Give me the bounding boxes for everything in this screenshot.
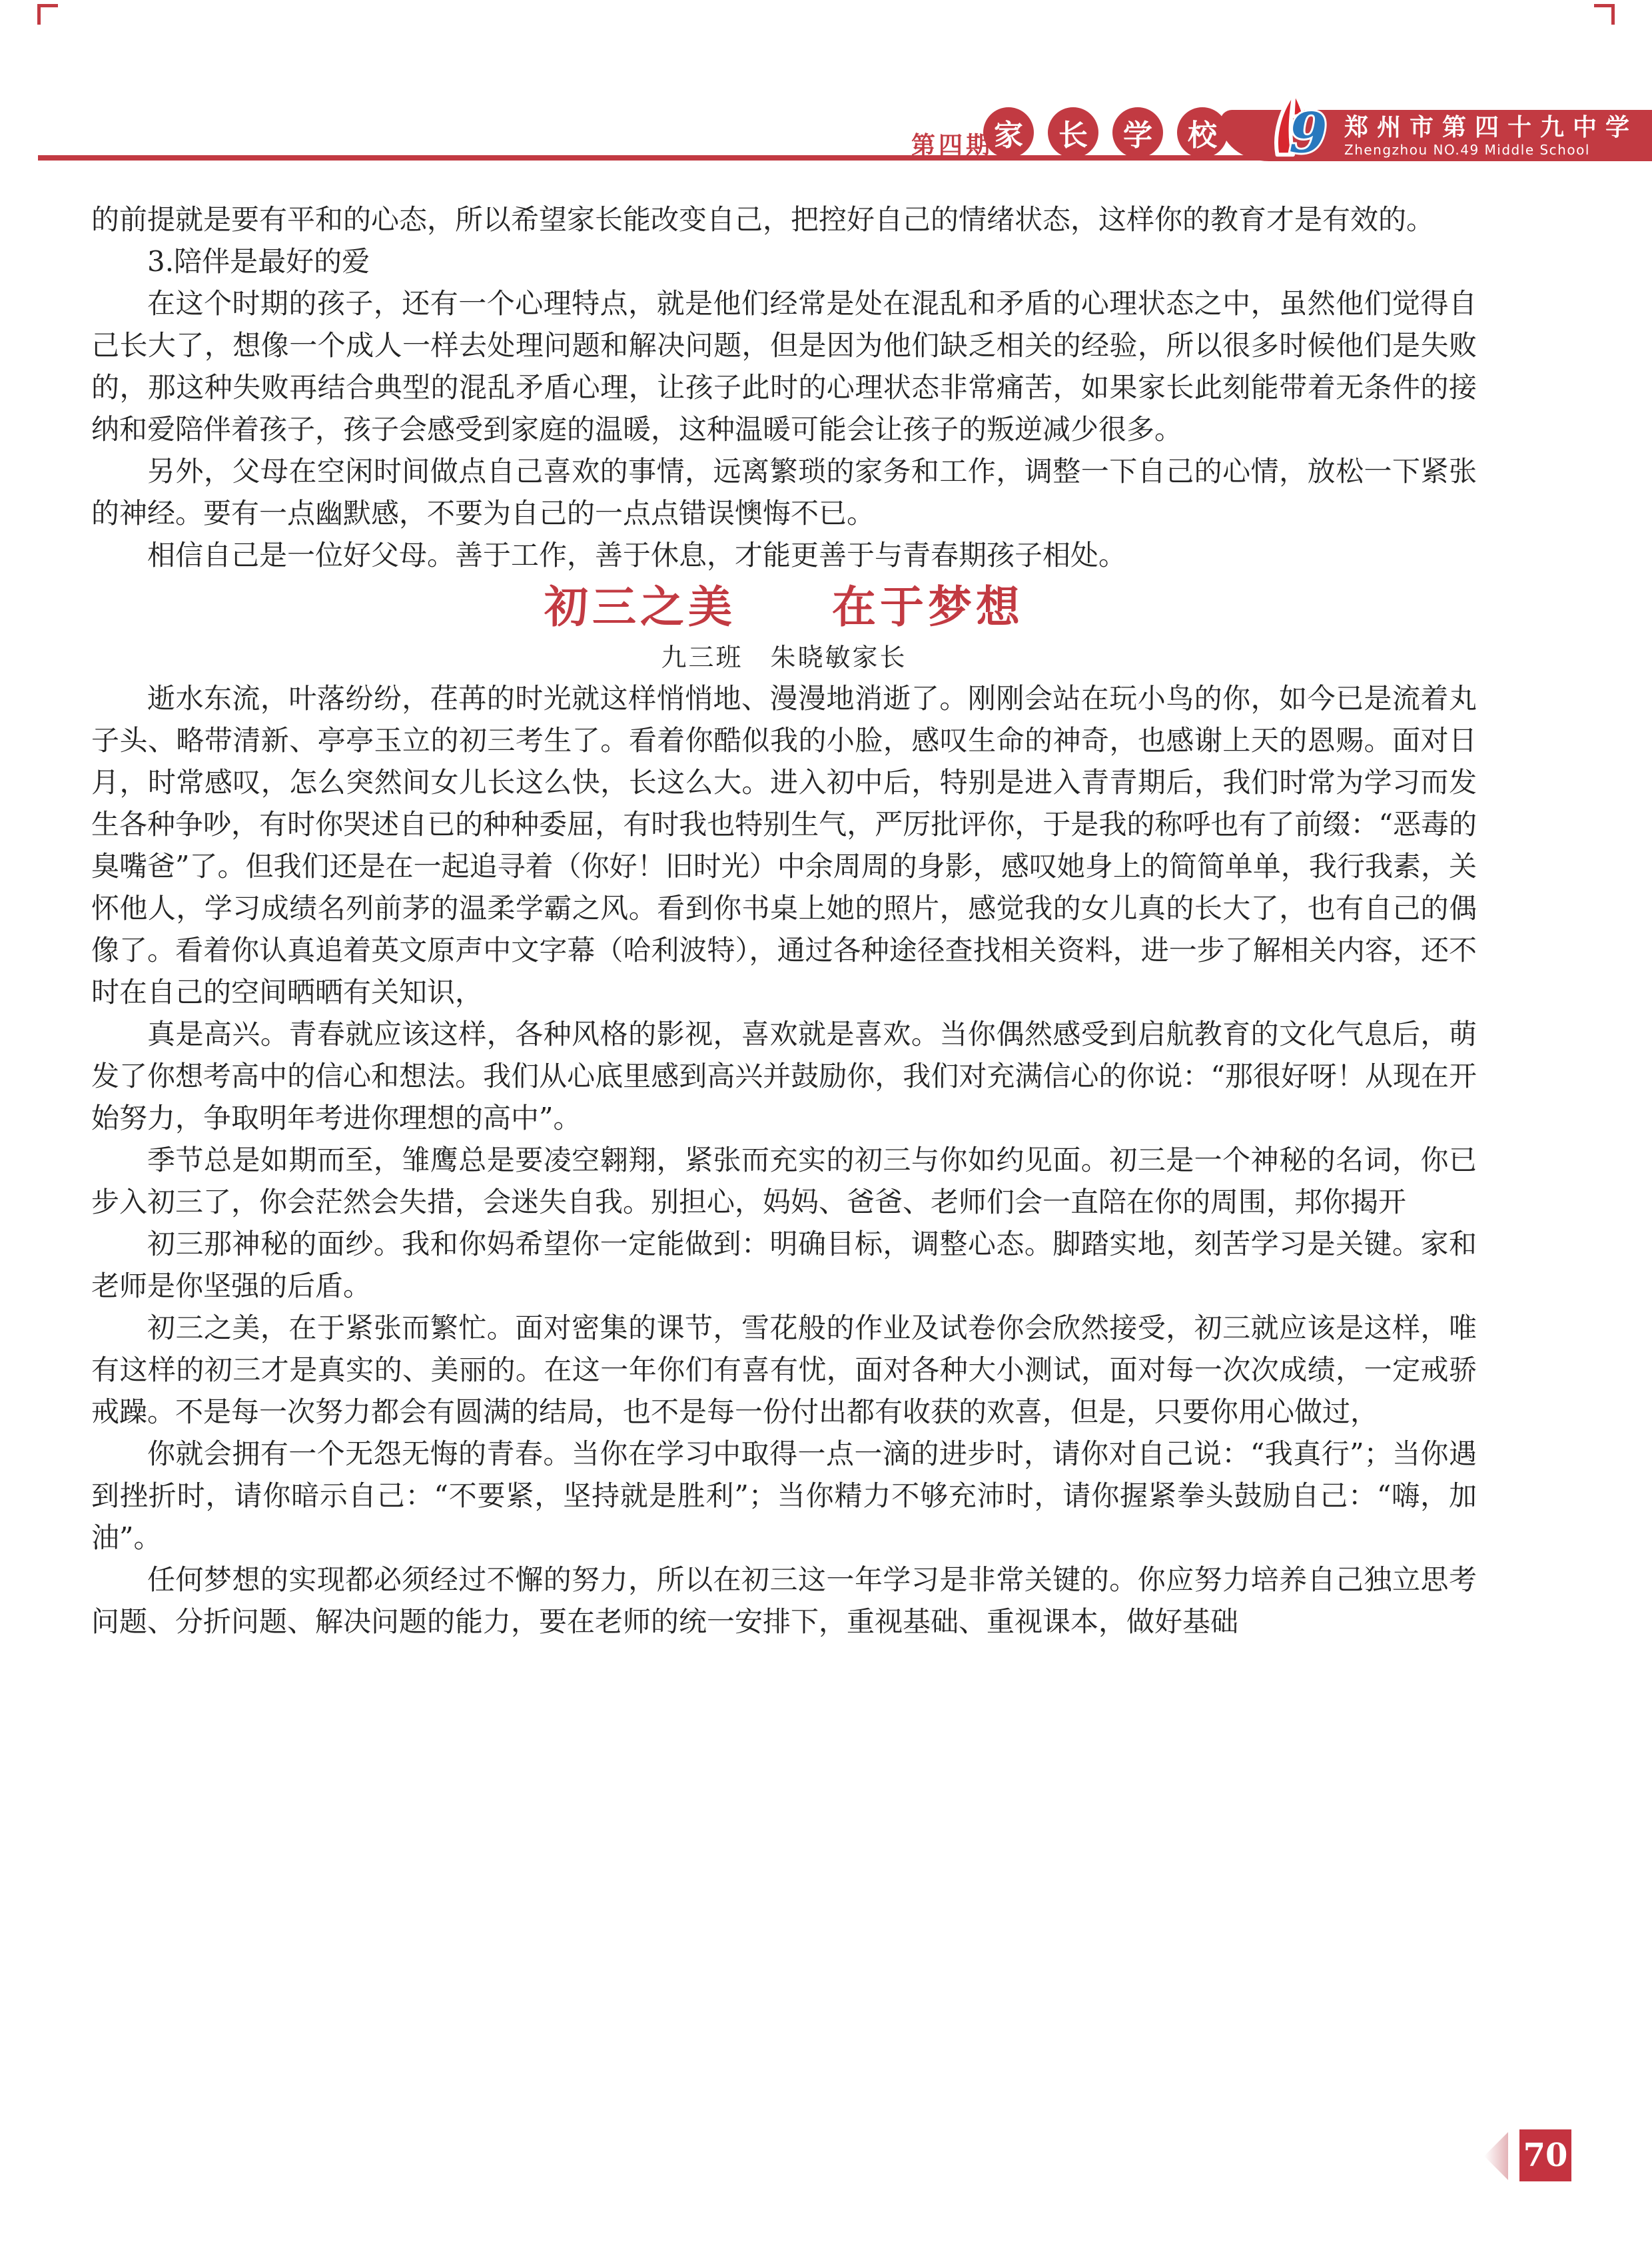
masthead-badge-jia: 家 (983, 107, 1034, 158)
prev-article-paragraph: 在这个时期的孩子，还有一个心理特点，就是他们经常是处在混乱和矛盾的心理状态之中，… (91, 282, 1477, 450)
article-paragraph: 任何梦想的实现都必须经过不懈的努力，所以在初三这一年学习是非常关键的。你应努力培… (91, 1559, 1477, 1643)
article-paragraph: 你就会拥有一个无怨无悔的青春。当你在学习中取得一点一滴的进步时，请你对自己说：“… (91, 1433, 1477, 1559)
article-paragraph: 逝水东流，叶落纷纷，荏苒的时光就这样悄悄地、漫漫地消逝了。刚刚会站在玩小鸟的你，… (91, 677, 1477, 1013)
masthead-badge-xiao: 校 (1177, 107, 1228, 158)
school-name-en: Zhengzhou NO.49 Middle School (1344, 143, 1638, 157)
article-paragraph: 真是高兴。青春就应该这样，各种风格的影视，喜欢就是喜欢。当你偶然感受到启航教育的… (91, 1013, 1477, 1139)
article-title: 初三之美 在于梦想 (91, 576, 1477, 637)
svg-text:9: 9 (1289, 101, 1327, 161)
prev-article-paragraph: 另外，父母在空闲时间做点自己喜欢的事情，远离繁琐的家务和工作，调整一下自己的心情… (91, 450, 1477, 534)
page-number-badge: 70 (1519, 2129, 1571, 2181)
article-paragraph: 初三那神秘的面纱。我和你妈希望你一定能做到：明确目标，调整心态。脚踏实地，刻苦学… (91, 1223, 1477, 1307)
page-number-arrow-icon (1484, 2132, 1508, 2180)
school-name-block: 郑州市第四十九中学 Zhengzhou NO.49 Middle School (1344, 115, 1638, 157)
masthead-badge-zhang: 长 (1048, 107, 1098, 158)
page-body: 的前提就是要有平和的心态，所以希望家长能改变自己，把控好自己的情绪状态，这样你的… (91, 198, 1477, 1643)
page-number: 70 (1523, 2137, 1568, 2174)
crop-mark-top-left (37, 4, 58, 25)
magazine-page: 第四期 家 长 学 校 9 郑州市第四十九中学 Zhengzhou NO.49 … (0, 0, 1652, 2242)
prev-article-subheading: 3.陪伴是最好的爱 (91, 240, 1477, 282)
masthead-badge-xue: 学 (1112, 107, 1163, 158)
article-paragraph: 季节总是如期而至，雏鹰总是要凌空翱翔，紧张而充实的初三与你如约见面。初三是一个神… (91, 1139, 1477, 1223)
sail-49-logo-icon: 9 (1255, 91, 1334, 161)
school-name-cn: 郑州市第四十九中学 (1344, 115, 1638, 139)
prev-article-paragraph: 相信自己是一位好父母。善于工作，善于休息，才能更善于与青春期孩子相处。 (91, 534, 1477, 576)
article-byline: 九三班 朱晓敏家长 (91, 637, 1477, 677)
prev-article-paragraph: 的前提就是要有平和的心态，所以希望家长能改变自己，把控好自己的情绪状态，这样你的… (91, 198, 1477, 240)
masthead-badges: 家 长 学 校 (983, 107, 1228, 158)
article-paragraph: 初三之美，在于紧张而繁忙。面对密集的课节，雪花般的作业及试卷你会欣然接受，初三就… (91, 1307, 1477, 1433)
school-banner: 9 郑州市第四十九中学 Zhengzhou NO.49 Middle Schoo… (1220, 110, 1652, 161)
crop-mark-top-right (1594, 4, 1615, 25)
